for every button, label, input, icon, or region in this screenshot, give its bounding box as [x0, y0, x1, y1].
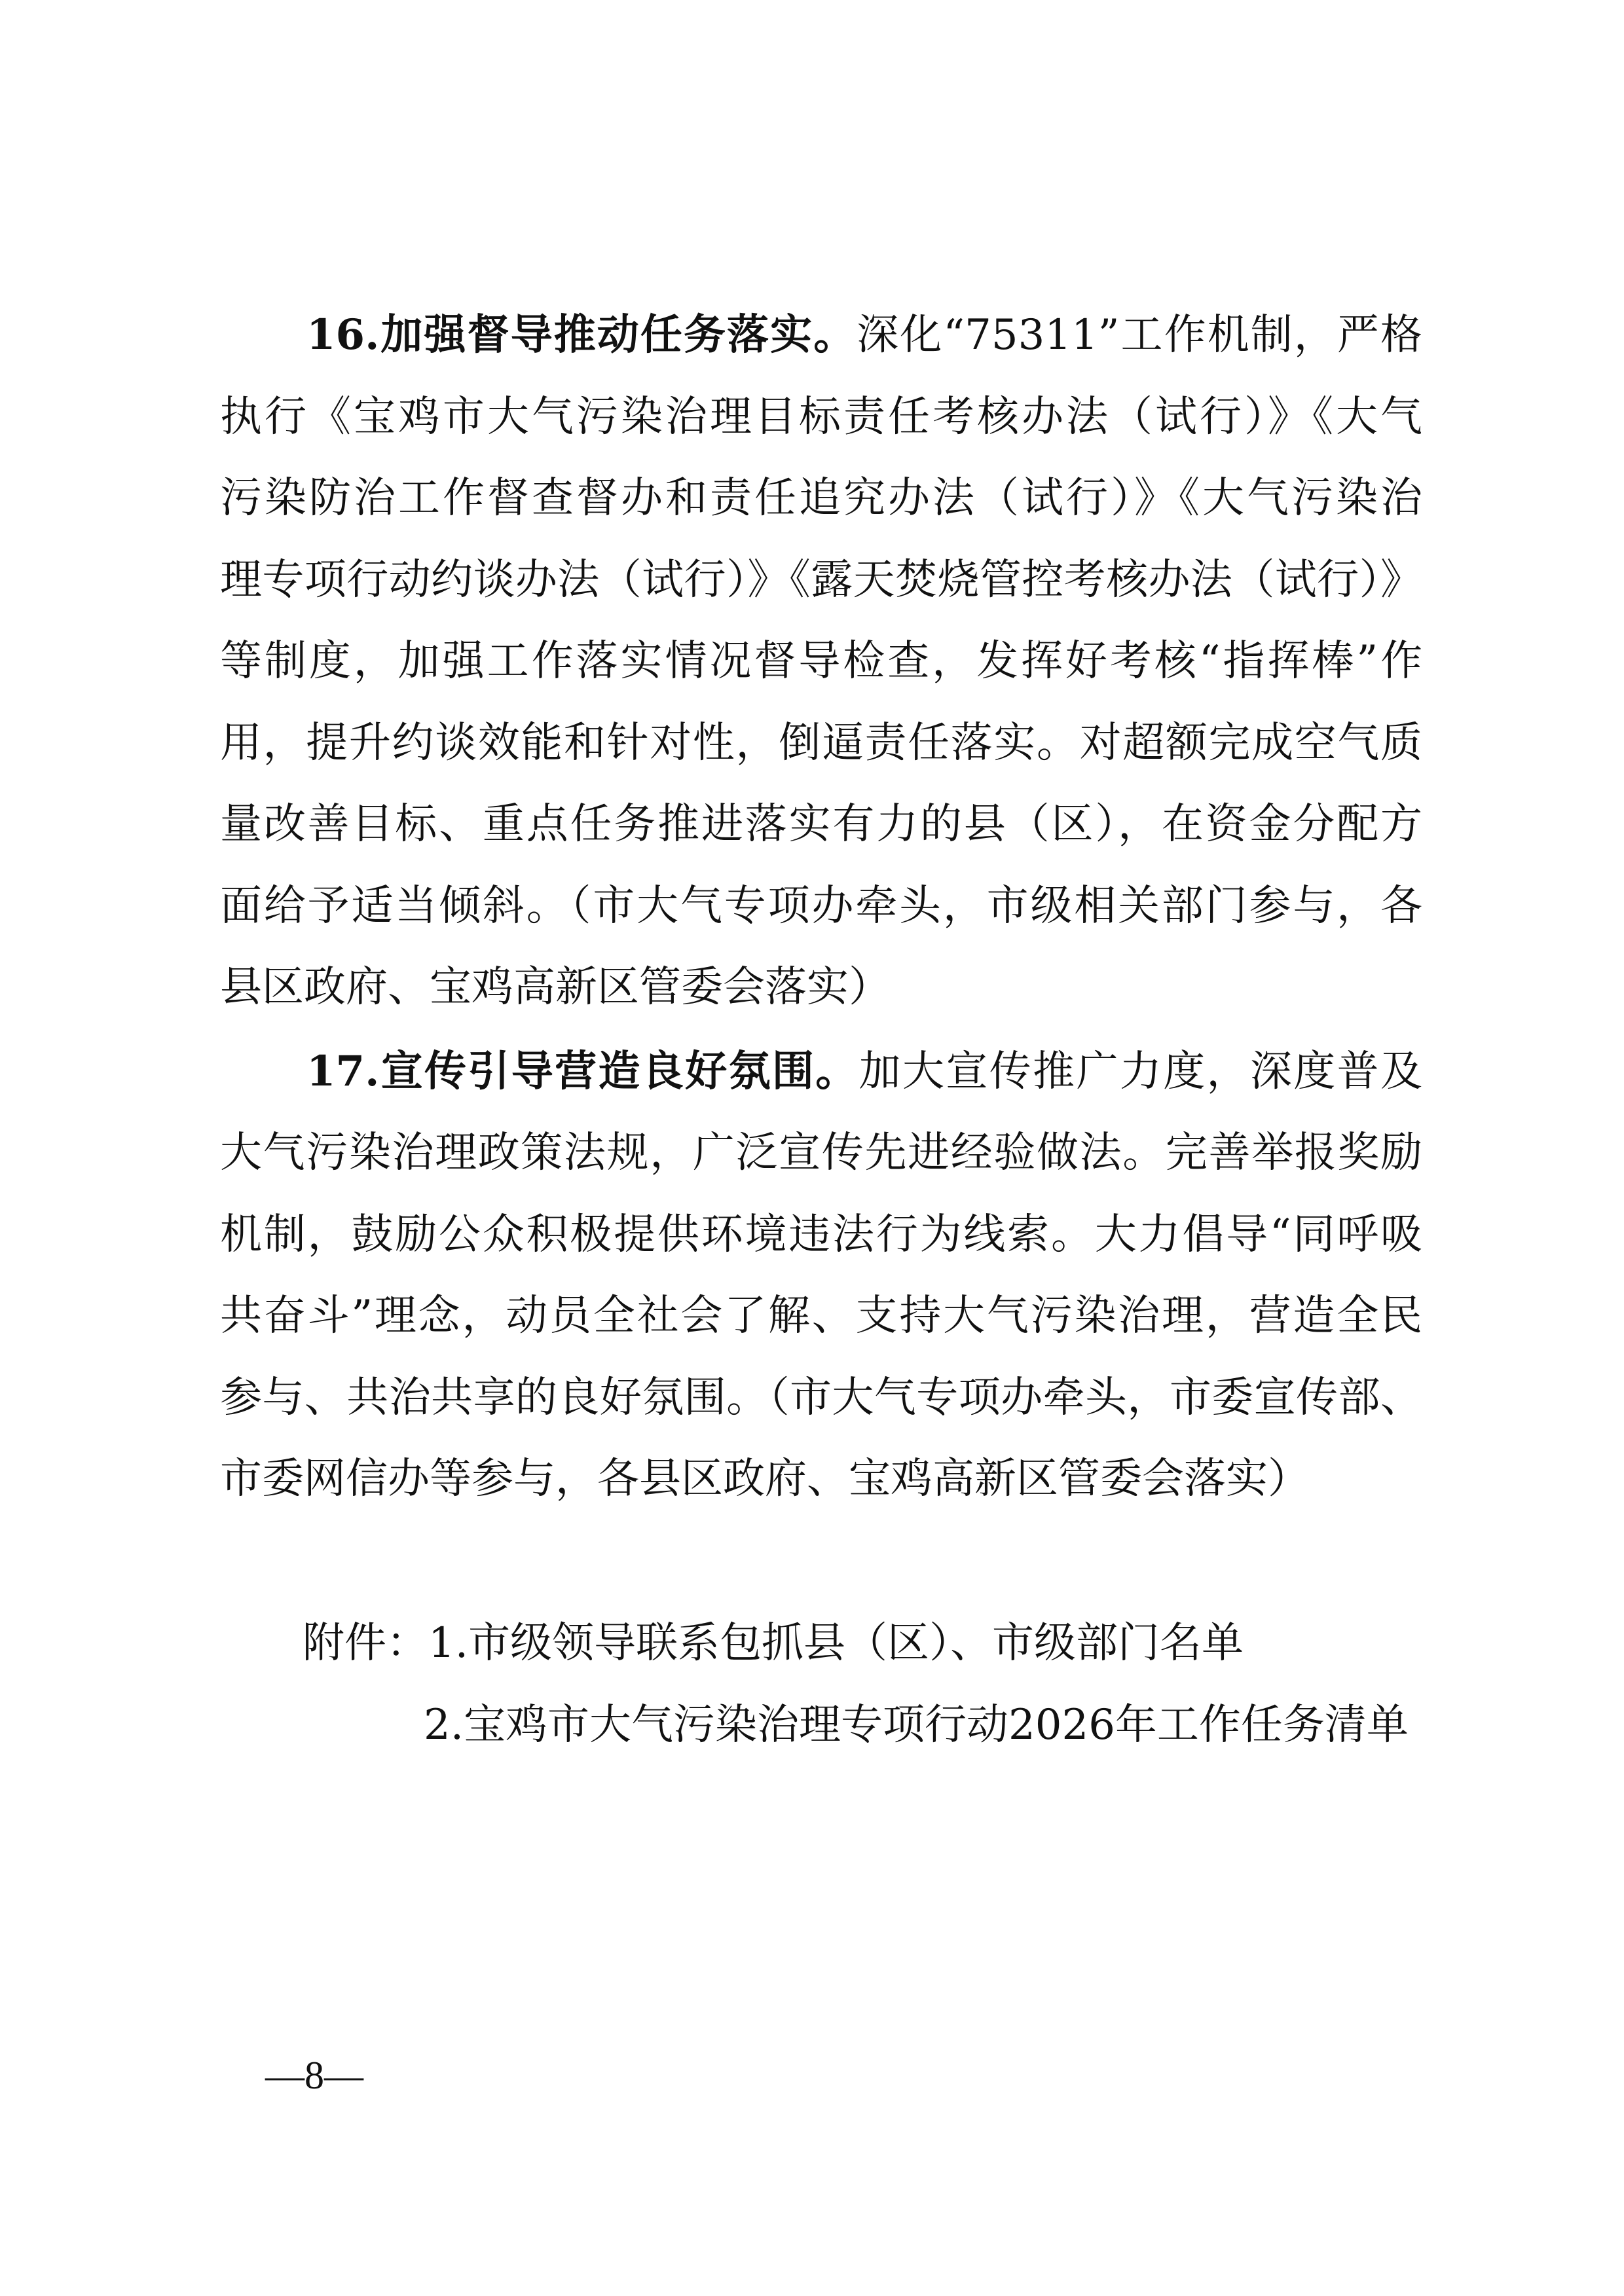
- paragraph-line: 参与、共治共享的良好氛围。（市大气专项办牵头，市委宣传部、: [220, 1357, 1422, 1439]
- paragraph-line: 县区政府、宝鸡高新区管委会落实）: [220, 947, 1422, 1029]
- paragraph-16: 16.加强督导推动任务落实。深化“75311”工作机制，严格 执行《宝鸡市大气污…: [220, 295, 1422, 1029]
- paragraph-heading: 加强督导推动任务落实。: [379, 310, 857, 359]
- attachment-row: 附件：1.市级领导联系包抓县（区）、市级部门名单: [303, 1603, 1409, 1685]
- attachment-item: 1.市级领导联系包抓县（区）、市级部门名单: [428, 1619, 1244, 1667]
- page-number: —8—: [265, 2056, 363, 2095]
- paragraph-line: 共奋斗”理念，动员全社会了解、支持大气污染治理，营造全民: [220, 1275, 1422, 1357]
- paragraph-line: 面给予适当倾斜。（市大气专项办牵头，市级相关部门参与，各: [220, 866, 1422, 947]
- paragraph-line: 大气污染治理政策法规，广泛宣传先进经验做法。完善举报奖励: [220, 1112, 1422, 1194]
- paragraph-line: 17.宣传引导营造良好氛围。加大宣传推广力度，深度普及: [220, 1031, 1422, 1113]
- paragraph-17: 17.宣传引导营造良好氛围。加大宣传推广力度，深度普及 大气污染治理政策法规，广…: [220, 1031, 1422, 1520]
- paragraph-text: 深化“75311”工作机制，严格: [857, 311, 1422, 359]
- paragraph-line: 市委网信办等参与，各县区政府、宝鸡高新区管委会落实）: [220, 1438, 1422, 1520]
- paragraph-heading-number: 16.: [306, 310, 379, 359]
- paragraph-line: 理专项行动约谈办法（试行）》《露天焚烧管控考核办法（试行）》: [220, 539, 1422, 621]
- paragraph-line: 16.加强督导推动任务落实。深化“75311”工作机制，严格: [220, 295, 1422, 376]
- paragraph-line: 执行《宝鸡市大气污染治理目标责任考核办法（试行）》《大气: [220, 376, 1422, 458]
- paragraph-text: 加大宣传推广力度，深度普及: [859, 1048, 1422, 1096]
- paragraph-heading: 宣传引导营造良好氛围。: [379, 1047, 858, 1096]
- attachment-item: 2.宝鸡市大气污染治理专项行动2026年工作任务清单: [303, 1685, 1409, 1766]
- paragraph-heading-number: 17.: [306, 1047, 379, 1096]
- document-page: 16.加强督导推动任务落实。深化“75311”工作机制，严格 执行《宝鸡市大气污…: [0, 0, 1624, 2296]
- paragraph-line: 机制，鼓励公众积极提供环境违法行为线索。大力倡导“同呼吸: [220, 1194, 1422, 1276]
- paragraph-line: 量改善目标、重点任务推进落实有力的县（区），在资金分配方: [220, 784, 1422, 866]
- paragraph-line: 用，提升约谈效能和针对性，倒逼责任落实。对超额完成空气质: [220, 702, 1422, 784]
- paragraph-line: 污染防治工作督查督办和责任追究办法（试行）》《大气污染治: [220, 458, 1422, 539]
- attachments-label: 附件：: [303, 1619, 428, 1667]
- attachments: 附件：1.市级领导联系包抓县（区）、市级部门名单 2.宝鸡市大气污染治理专项行动…: [303, 1603, 1409, 1766]
- paragraph-line: 等制度，加强工作落实情况督导检查，发挥好考核“指挥棒”作: [220, 621, 1422, 702]
